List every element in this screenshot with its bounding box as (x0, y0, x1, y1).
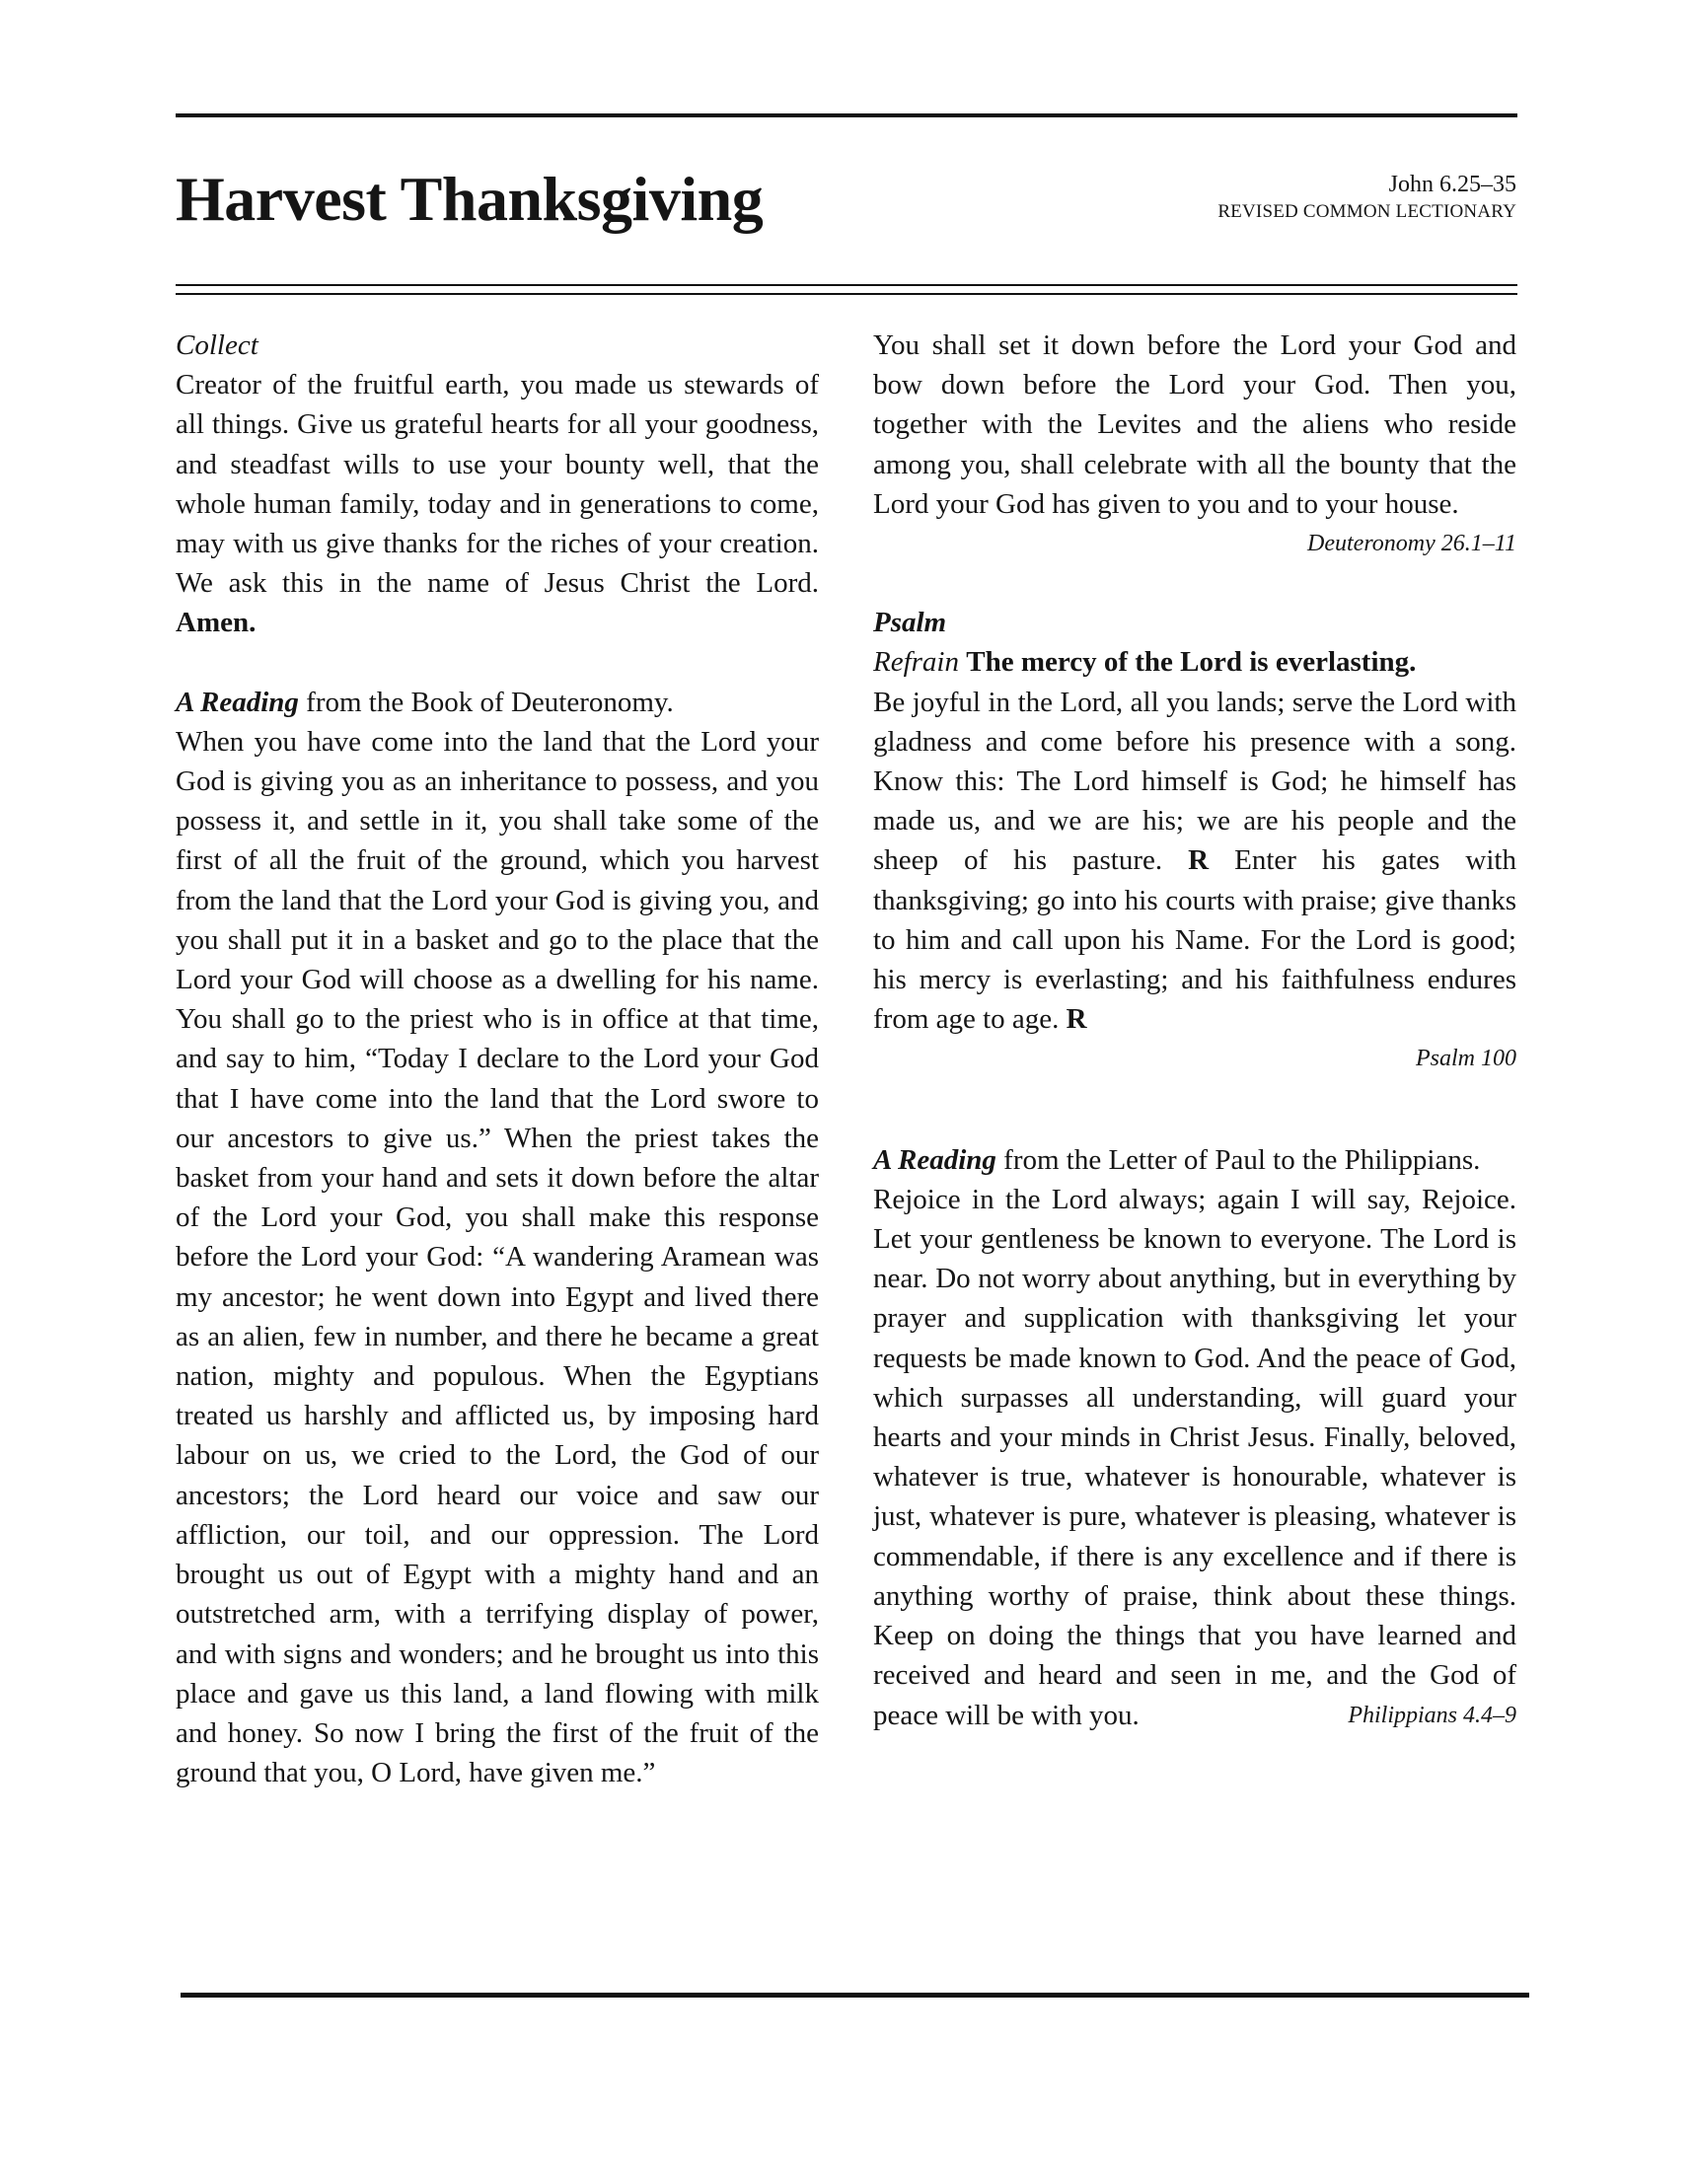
gospel-reference: John 6.25–35 (1217, 170, 1516, 199)
psalm-section: Psalm Refrain The mercy of the Lord is e… (873, 603, 1516, 1078)
first-reading-heading: A Reading from the Book of Deuteronomy. (176, 683, 819, 722)
header-double-rule-lower (176, 293, 1517, 295)
bottom-rule (181, 1993, 1529, 1998)
refrain-text: The mercy of the Lord is everlasting. (966, 646, 1416, 678)
psalm-body: Be joyful in the Lord, all you lands; se… (873, 683, 1516, 1040)
top-rule (176, 113, 1517, 117)
psalm-citation: Psalm 100 (873, 1039, 1516, 1078)
second-reading-heading: A Reading from the Letter of Paul to the… (873, 1140, 1516, 1180)
refrain-marker-end: R (1067, 1003, 1087, 1035)
refrain-marker: R (1188, 844, 1209, 876)
collect-heading: Collect (176, 326, 819, 365)
right-column: You shall set it down before the Lord yo… (873, 326, 1516, 1735)
first-reading-continued-text: You shall set it down before the Lord yo… (873, 329, 1516, 520)
first-reading-body: When you have come into the land that th… (176, 722, 819, 1792)
first-reading-continued-body: You shall set it down before the Lord yo… (873, 326, 1516, 563)
second-reading-text: Rejoice in the Lord always; again I will… (873, 1184, 1516, 1731)
reference-block: John 6.25–35 REVISED COMMON LECTIONARY (1217, 170, 1516, 225)
first-reading-heading-prefix: A Reading (176, 687, 299, 718)
spacer (873, 563, 1516, 603)
left-column: Collect Creator of the fruitful earth, y… (176, 326, 819, 1792)
second-reading-body: Rejoice in the Lord always; again I will… (873, 1180, 1516, 1735)
page-title: Harvest Thanksgiving (176, 168, 763, 231)
first-reading-continued: You shall set it down before the Lord yo… (873, 326, 1516, 563)
collect-text: Creator of the fruitful earth, you made … (176, 369, 819, 599)
spacer (176, 643, 819, 683)
collect-amen: Amen. (176, 607, 256, 638)
second-reading-heading-prefix: A Reading (873, 1144, 996, 1176)
collect-body: Creator of the fruitful earth, you made … (176, 365, 819, 642)
header-double-rule-upper (176, 284, 1517, 286)
second-reading-citation: Philippians 4.4–9 (1348, 1696, 1516, 1735)
second-reading-section: A Reading from the Letter of Paul to the… (873, 1140, 1516, 1735)
spacer (873, 1079, 1516, 1140)
first-reading-heading-suffix: from the Book of Deuteronomy. (299, 687, 674, 718)
psalm-refrain: Refrain The mercy of the Lord is everlas… (873, 642, 1516, 682)
first-reading-citation: Deuteronomy 26.1–11 (1307, 524, 1516, 563)
refrain-label: Refrain (873, 646, 959, 678)
second-reading-heading-suffix: from the Letter of Paul to the Philippia… (996, 1144, 1481, 1176)
collect-section: Collect Creator of the fruitful earth, y… (176, 326, 819, 643)
lectionary-label: REVISED COMMON LECTIONARY (1217, 199, 1516, 225)
first-reading-section: A Reading from the Book of Deuteronomy. … (176, 683, 819, 1793)
psalm-heading: Psalm (873, 603, 1516, 642)
